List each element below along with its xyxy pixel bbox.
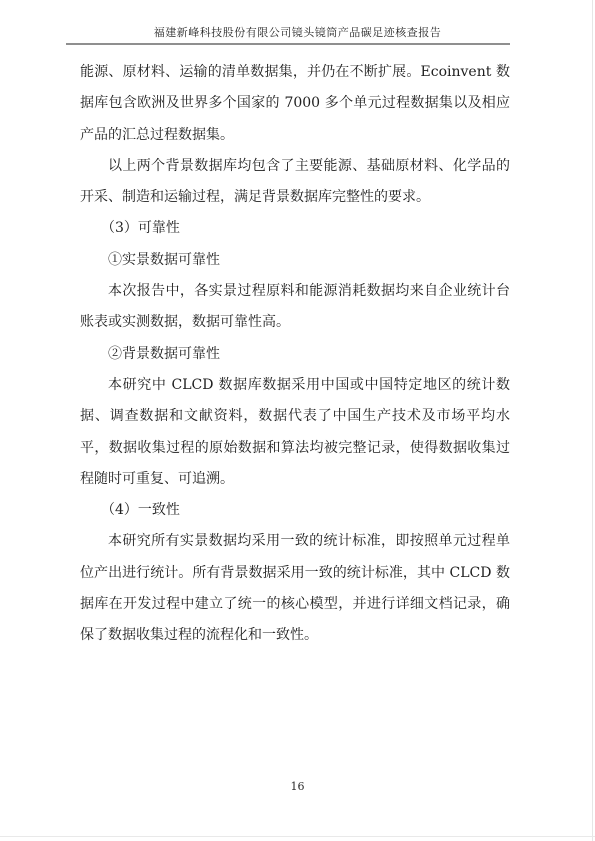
document-body: 能源、原材料、运输的清单数据集，并仍在不断扩展。Ecoinvent 数据库包含欧… xyxy=(80,57,510,652)
paragraph-database-description: 能源、原材料、运输的清单数据集，并仍在不断扩展。Ecoinvent 数据库包含欧… xyxy=(80,57,510,151)
paragraph-background-db-summary: 以上两个背景数据库均包含了主要能源、基础原材料、化学品的开采、制造和运输过程，满… xyxy=(80,151,510,214)
paragraph-background-data-reliability: 本研究中 CLCD 数据库数据采用中国或中国特定地区的统计数据、调查数据和文献资… xyxy=(80,370,510,495)
subheading-background-data-reliability: ②背景数据可靠性 xyxy=(80,339,510,370)
paragraph-foreground-data-reliability: 本次报告中，各实景过程原料和能源消耗数据均来自企业统计台账表或实测数据，数据可靠… xyxy=(80,276,510,339)
subheading-foreground-data-reliability: ①实景数据可靠性 xyxy=(80,245,510,276)
section-heading-consistency: （4）一致性 xyxy=(80,495,510,526)
document-page: 福建新峰科技股份有限公司镜头镜筒产品碳足迹核查报告 能源、原材料、运输的清单数据… xyxy=(0,0,595,841)
scan-edge-right xyxy=(592,0,593,841)
page-number: 16 xyxy=(0,780,595,793)
scan-edge-bottom xyxy=(0,836,595,837)
page-header-title: 福建新峰科技股份有限公司镜头镜筒产品碳足迹核查报告 xyxy=(0,24,595,40)
header-divider-line xyxy=(66,43,510,45)
paragraph-consistency: 本研究所有实景数据均采用一致的统计标准，即按照单元过程单位产出进行统计。所有背景… xyxy=(80,526,510,651)
section-heading-reliability: （3）可靠性 xyxy=(80,213,510,244)
